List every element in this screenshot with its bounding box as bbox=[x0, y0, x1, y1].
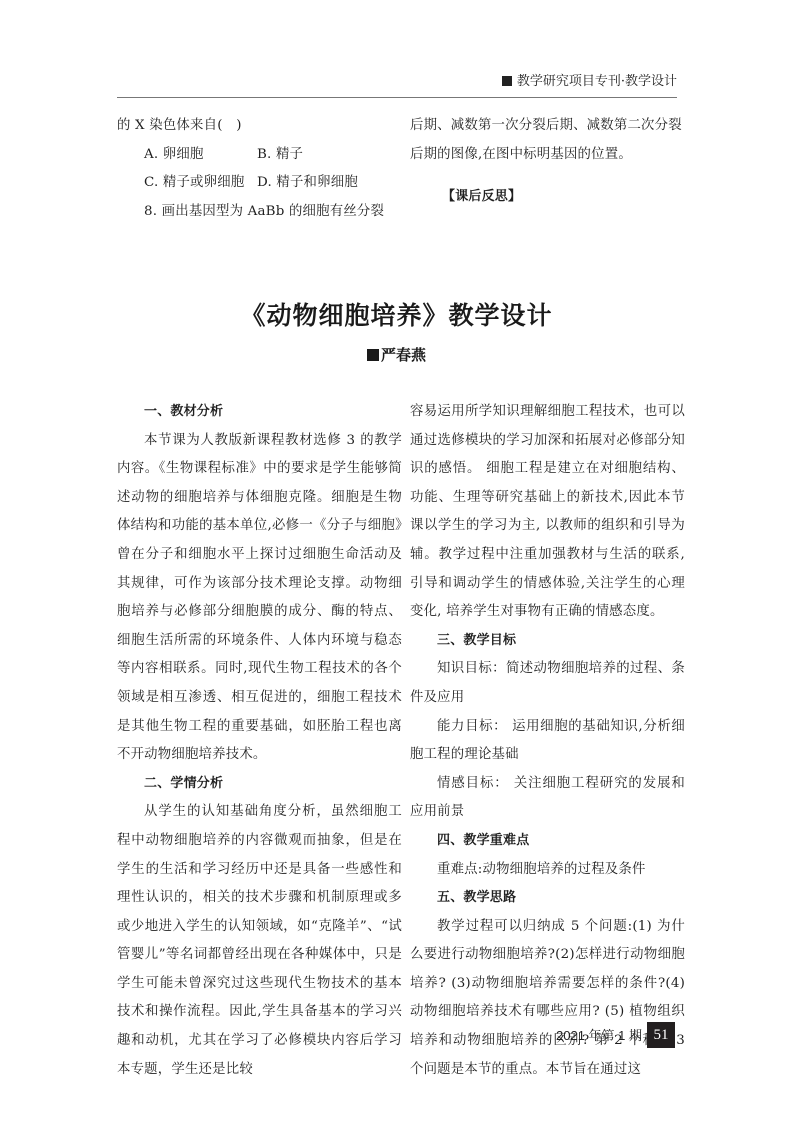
key-points: 重难点:动物细胞培养的过程及条件 bbox=[410, 856, 685, 885]
section-heading-2: 二、学情分析 bbox=[117, 770, 402, 799]
square-bullet-icon bbox=[502, 76, 512, 86]
page-number: 51 bbox=[647, 1022, 675, 1048]
article-author: 严春燕 bbox=[0, 344, 793, 365]
section-heading-1: 一、教材分析 bbox=[117, 398, 402, 427]
author-name: 严春燕 bbox=[381, 346, 426, 364]
options-row-2: C. 精子或卵细胞D. 精子和卵细胞 bbox=[117, 169, 402, 198]
section-heading-3: 三、教学目标 bbox=[410, 627, 685, 656]
paragraph-student-analysis: 从学生的认知基础角度分析，虽然细胞工程中动物细胞培养的内容微观而抽象，但是在学生… bbox=[117, 798, 402, 1084]
goal-emotion: 情感目标： 关注细胞工程研究的发展和应用前景 bbox=[410, 770, 685, 827]
square-bullet-icon bbox=[367, 349, 379, 361]
question-stem: 的 X 染色体来自( ) bbox=[117, 112, 402, 141]
option-c: C. 精子或卵细胞 bbox=[144, 169, 257, 198]
goal-knowledge: 知识目标：简述动物细胞培养的过程、条件及应用 bbox=[410, 655, 685, 712]
article-left-column: 一、教材分析 本节课为人教版新课程教材选修 3 的教学内容。《生物课程标准》中的… bbox=[117, 398, 402, 1084]
section-heading-5: 五、教学思路 bbox=[410, 884, 685, 913]
option-a: A. 卵细胞 bbox=[144, 141, 257, 170]
option-d: D. 精子和卵细胞 bbox=[257, 169, 358, 198]
prev-article-right: 后期、减数第一次分裂后期、减数第二次分裂 后期的图像,在图中标明基因的位置。 【… bbox=[410, 112, 685, 212]
running-head: 教学研究项目专刊·教学设计 bbox=[117, 72, 677, 98]
reflection-heading: 【课后反思】 bbox=[410, 183, 685, 212]
paragraph-textbook-analysis: 本节课为人教版新课程教材选修 3 的教学内容。《生物课程标准》中的要求是学生能够… bbox=[117, 427, 402, 770]
q8-continued-line-2: 后期的图像,在图中标明基因的位置。 bbox=[410, 141, 685, 170]
q8-continued-line-1: 后期、减数第一次分裂后期、减数第二次分裂 bbox=[410, 112, 685, 141]
issue-label: 2021 年第 1 期 bbox=[556, 1024, 642, 1048]
teaching-approach: 教学过程可以归纳成 5 个问题:(1) 为什么要进行动物细胞培养?(2)怎样进行… bbox=[410, 913, 685, 1085]
goal-ability: 能力目标： 运用细胞的基础知识,分析细胞工程的理论基础 bbox=[410, 713, 685, 770]
question-8: 8. 画出基因型为 AaBb 的细胞有丝分裂 bbox=[117, 198, 402, 227]
article-right-column: 容易运用所学知识理解细胞工程技术，也可以通过选修模块的学习加深和拓展对必修部分知… bbox=[410, 398, 685, 1084]
prev-article-left: 的 X 染色体来自( ) A. 卵细胞B. 精子 C. 精子或卵细胞D. 精子和… bbox=[117, 112, 402, 226]
paragraph-continued: 容易运用所学知识理解细胞工程技术，也可以通过选修模块的学习加深和拓展对必修部分知… bbox=[410, 398, 685, 627]
article-title: 《动物细胞培养》教学设计 bbox=[0, 296, 793, 332]
options-row-1: A. 卵细胞B. 精子 bbox=[117, 141, 402, 170]
running-head-text: 教学研究项目专刊·教学设计 bbox=[517, 74, 677, 89]
section-heading-4: 四、教学重难点 bbox=[410, 827, 685, 856]
option-b: B. 精子 bbox=[257, 141, 303, 170]
